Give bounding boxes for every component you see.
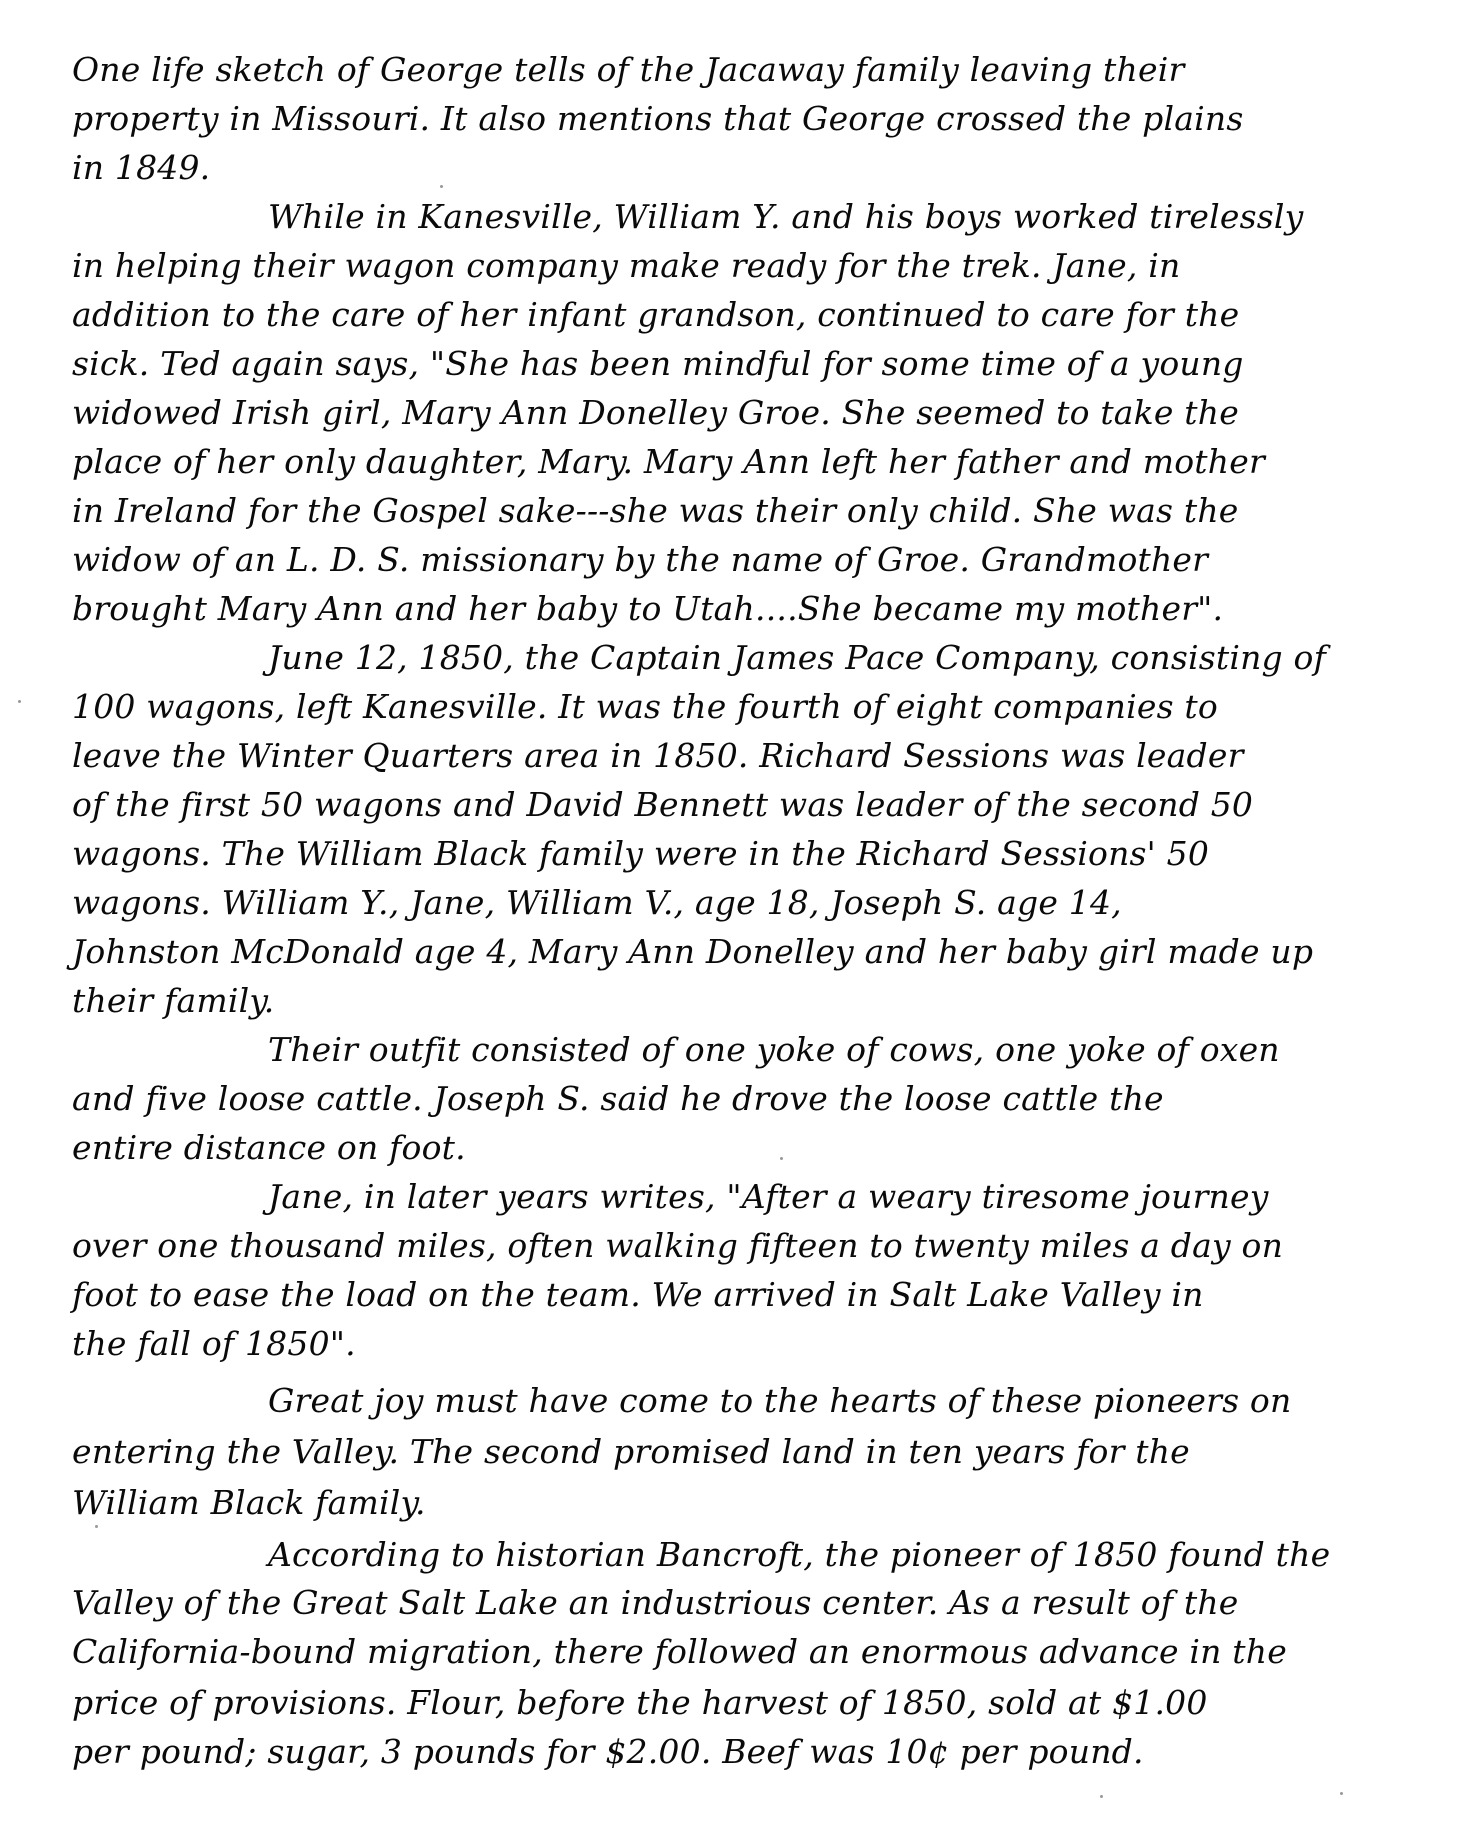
text-line: the fall of 1850". bbox=[72, 1324, 356, 1364]
paragraph-start-line: While in Kanesville, William Y. and his … bbox=[268, 197, 1304, 237]
text-line: leave the Winter Quarters area in 1850. … bbox=[72, 736, 1244, 776]
text-line: sick. Ted again says, "She has been mind… bbox=[72, 344, 1244, 384]
text-line: in 1849. bbox=[72, 148, 210, 188]
paragraph-start-line: June 12, 1850, the Captain James Pace Co… bbox=[268, 638, 1326, 678]
text-line: foot to ease the load on the team. We ar… bbox=[72, 1275, 1204, 1315]
document-page: One life sketch of George tells of the J… bbox=[0, 0, 1462, 1824]
text-line: Valley of the Great Salt Lake an industr… bbox=[72, 1583, 1239, 1623]
paragraph-start-line: Their outfit consisted of one yoke of co… bbox=[268, 1030, 1280, 1070]
text-line: wagons. William Y., Jane, William V., ag… bbox=[72, 883, 1122, 923]
scan-speck bbox=[95, 1525, 98, 1528]
text-line: entering the Valley. The second promised… bbox=[72, 1432, 1190, 1472]
text-line: over one thousand miles, often walking f… bbox=[72, 1226, 1283, 1266]
paragraph-start-line: Jane, in later years writes, "After a we… bbox=[268, 1177, 1269, 1217]
text-line: widow of an L. D. S. missionary by the n… bbox=[72, 540, 1208, 580]
text-line: and five loose cattle. Joseph S. said he… bbox=[72, 1079, 1164, 1119]
text-line: brought Mary Ann and her baby to Utah...… bbox=[72, 589, 1223, 629]
scan-speck bbox=[780, 1157, 783, 1160]
text-line: Johnston McDonald age 4, Mary Ann Donell… bbox=[72, 932, 1313, 972]
scan-speck bbox=[18, 700, 21, 703]
text-line: addition to the care of her infant grand… bbox=[72, 295, 1239, 335]
text-line: 100 wagons, left Kanesville. It was the … bbox=[72, 687, 1218, 727]
text-line: in helping their wagon company make read… bbox=[72, 246, 1180, 286]
text-line: widowed Irish girl, Mary Ann Donelley Gr… bbox=[72, 393, 1239, 433]
scan-speck bbox=[1340, 1792, 1343, 1795]
scan-speck bbox=[440, 185, 443, 188]
text-line: of the first 50 wagons and David Bennett… bbox=[72, 785, 1253, 825]
scan-speck bbox=[1100, 1795, 1103, 1798]
text-line: per pound; sugar, 3 pounds for $2.00. Be… bbox=[72, 1732, 1144, 1772]
text-line: wagons. The William Black family were in… bbox=[72, 834, 1209, 874]
text-line: their family. bbox=[72, 981, 275, 1021]
text-line: One life sketch of George tells of the J… bbox=[72, 50, 1184, 90]
text-line: entire distance on foot. bbox=[72, 1128, 466, 1168]
text-line: property in Missouri. It also mentions t… bbox=[72, 99, 1243, 139]
paragraph-start-line: According to historian Bancroft, the pio… bbox=[268, 1535, 1330, 1575]
text-line: price of provisions. Flour, before the h… bbox=[72, 1683, 1208, 1723]
text-line: in Ireland for the Gospel sake---she was… bbox=[72, 491, 1239, 531]
text-line: William Black family. bbox=[72, 1483, 426, 1523]
text-line: place of her only daughter, Mary. Mary A… bbox=[72, 442, 1265, 482]
paragraph-start-line: Great joy must have come to the hearts o… bbox=[268, 1381, 1291, 1421]
text-line: California-bound migration, there follow… bbox=[72, 1632, 1287, 1672]
